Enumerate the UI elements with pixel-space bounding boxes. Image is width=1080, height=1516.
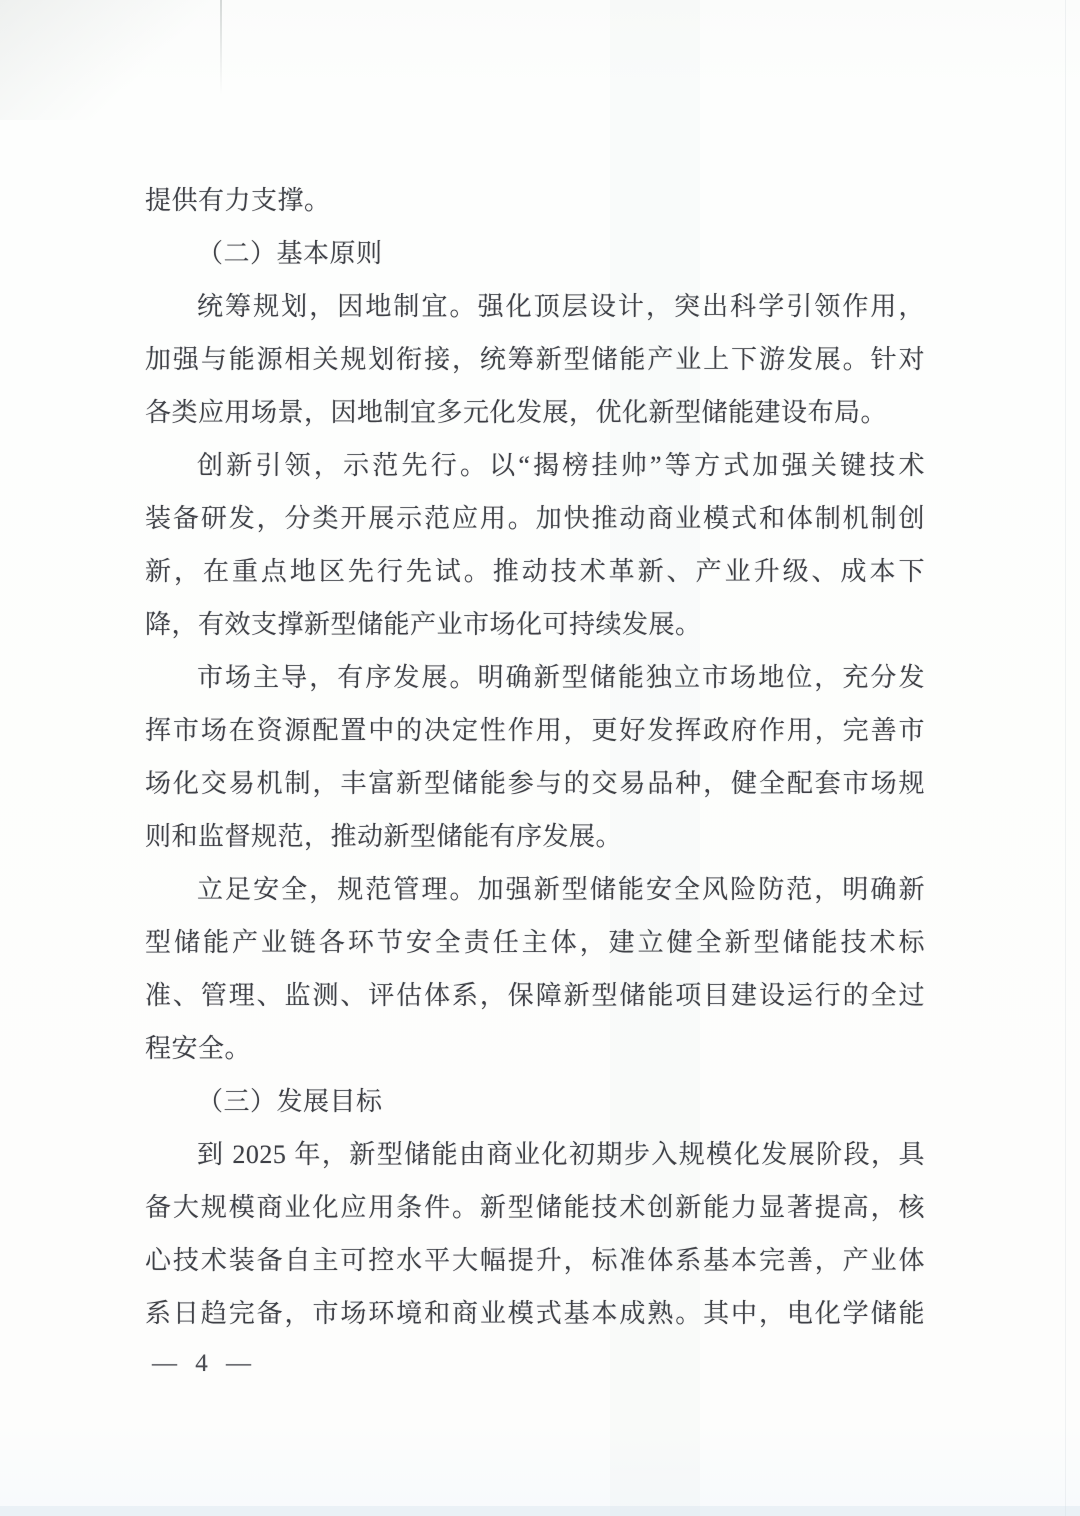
text-line: 创新引领，示范先行。以“揭榜挂帅”等方式加强关键技术 (145, 439, 925, 492)
text-line: 到 2025 年，新型储能由商业化初期步入规模化发展阶段，具 (145, 1128, 925, 1181)
scan-bottom-edge (0, 1506, 1080, 1516)
scan-fold-line (220, 0, 222, 95)
page-number: — 4 — (152, 1337, 257, 1390)
text-line: 则和监督规范，推动新型储能有序发展。 (145, 810, 925, 863)
text-line: 各类应用场景，因地制宜多元化发展，优化新型储能建设布局。 (145, 386, 925, 439)
text-line: 统筹规划，因地制宜。强化顶层设计，突出科学引领作用， (145, 280, 925, 333)
paragraph-continuation-line: 提供有力支撑。 (145, 174, 925, 227)
text-line: 准、管理、监测、评估体系，保障新型储能项目建设运行的全过 (145, 969, 925, 1022)
text-line: 场化交易机制，丰富新型储能参与的交易品种，健全配套市场规 (145, 757, 925, 810)
section-heading-2: （二）基本原则 (145, 227, 925, 280)
document-body: 提供有力支撑。 （二）基本原则 统筹规划，因地制宜。强化顶层设计，突出科学引领作… (145, 174, 925, 1340)
text-line: 型储能产业链各环节安全责任主体，建立健全新型储能技术标 (145, 916, 925, 969)
scan-corner-shadow (0, 0, 240, 120)
text-line: 系日趋完备，市场环境和商业模式基本成熟。其中，电化学储能 (145, 1287, 925, 1340)
text-line: 挥市场在资源配置中的决定性作用，更好发挥政府作用，完善市 (145, 704, 925, 757)
scan-edge-line (1065, 0, 1066, 1516)
text-line: 心技术装备自主可控水平大幅提升，标准体系基本完善，产业体 (145, 1234, 925, 1287)
text-line: 装备研发，分类开展示范应用。加快推动商业模式和体制机制创 (145, 492, 925, 545)
text-line: 立足安全，规范管理。加强新型储能安全风险防范，明确新 (145, 863, 925, 916)
text-line: 程安全。 (145, 1022, 925, 1075)
text-line: 备大规模商业化应用条件。新型储能技术创新能力显著提高，核 (145, 1181, 925, 1234)
text-line: 降，有效支撑新型储能产业市场化可持续发展。 (145, 598, 925, 651)
text-line: 市场主导，有序发展。明确新型储能独立市场地位，充分发 (145, 651, 925, 704)
scanned-document-page: 提供有力支撑。 （二）基本原则 统筹规划，因地制宜。强化顶层设计，突出科学引领作… (0, 0, 1080, 1516)
section-heading-3: （三）发展目标 (145, 1075, 925, 1128)
text-line: 加强与能源相关规划衔接，统筹新型储能产业上下游发展。针对 (145, 333, 925, 386)
text-line: 新，在重点地区先行先试。推动技术革新、产业升级、成本下 (145, 545, 925, 598)
